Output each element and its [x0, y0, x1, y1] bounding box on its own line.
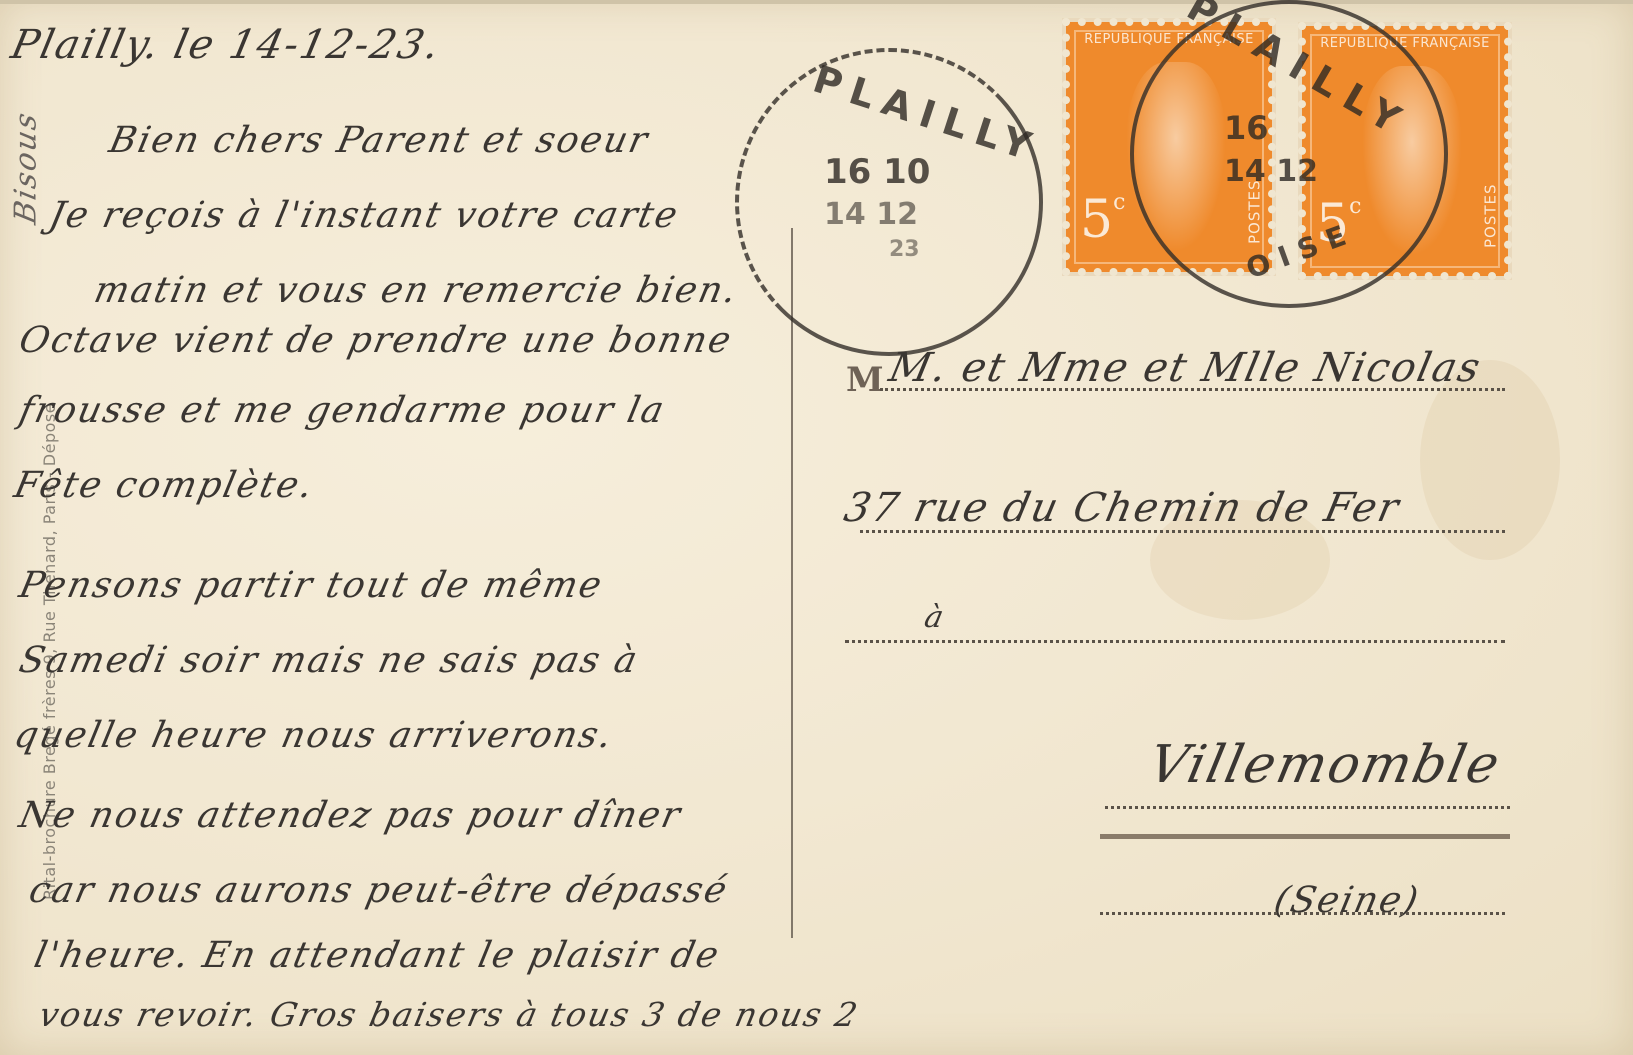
postmark-right: PLAILLY 16 14 12 OISE [1130, 0, 1448, 308]
card-top-edge [0, 0, 1633, 4]
message-line: Ne nous attendez pas pour dîner [16, 795, 686, 836]
message-line: Samedi soir mais ne sais pas à [16, 640, 643, 681]
postmark-region: OISE [1242, 216, 1360, 286]
message-line: l'heure. En attendant le plaisir de [31, 935, 724, 976]
message-line: Fête complète. [11, 465, 318, 506]
stamp-value: 5c [1080, 190, 1125, 250]
message-line: Je reçois à l'instant votre carte [46, 195, 683, 236]
message-line: Pensons partir tout de même [16, 565, 607, 606]
message-line: frousse et me gendarme pour la [16, 390, 670, 431]
message-line: quelle heure nous arriverons. [11, 715, 618, 756]
address-line [845, 640, 1505, 643]
address-line [860, 530, 1505, 533]
margin-note: Bisous [8, 108, 43, 227]
address-a-label: à [921, 600, 948, 635]
stamp-postes-label: POSTES [1482, 183, 1500, 248]
address-street: 37 rue du Chemin de Fer [840, 485, 1404, 531]
message-header: Plailly. le 14-12-23. [7, 22, 445, 68]
address-line [1100, 912, 1505, 915]
address-line [880, 388, 1505, 391]
address-city-underline [1100, 834, 1510, 839]
postcard-back: Rital-brochure Bregé frères 9, Rue Théna… [0, 0, 1633, 1055]
postmark-hour: 16 10 [824, 152, 930, 192]
postmark-date: 14 12 [1224, 154, 1318, 189]
postmark-date: 14 12 [824, 197, 918, 232]
postmark-left: PLAILLY 16 10 14 12 23 [735, 48, 1043, 356]
message-line: car nous aurons peut-être dépassé [26, 870, 733, 911]
postmark-town: PLAILLY [1180, 0, 1418, 147]
center-divider [791, 228, 793, 938]
address-city: Villemomble [1144, 735, 1507, 795]
address-printed-prefix: M [846, 360, 884, 400]
postmark-year: 23 [889, 237, 920, 262]
postmark-hour: 16 [1224, 109, 1269, 147]
message-line: Octave vient de prendre une bonne [16, 320, 737, 361]
message-line: vous revoir. Gros baisers à tous 3 de no… [36, 995, 863, 1034]
message-line: Bien chers Parent et soeur [106, 120, 653, 161]
message-line: matin et vous en remercie bien. [91, 270, 742, 311]
address-line [1105, 806, 1510, 809]
address-recipient: M. et Mme et Mlle Nicolas [885, 345, 1486, 391]
